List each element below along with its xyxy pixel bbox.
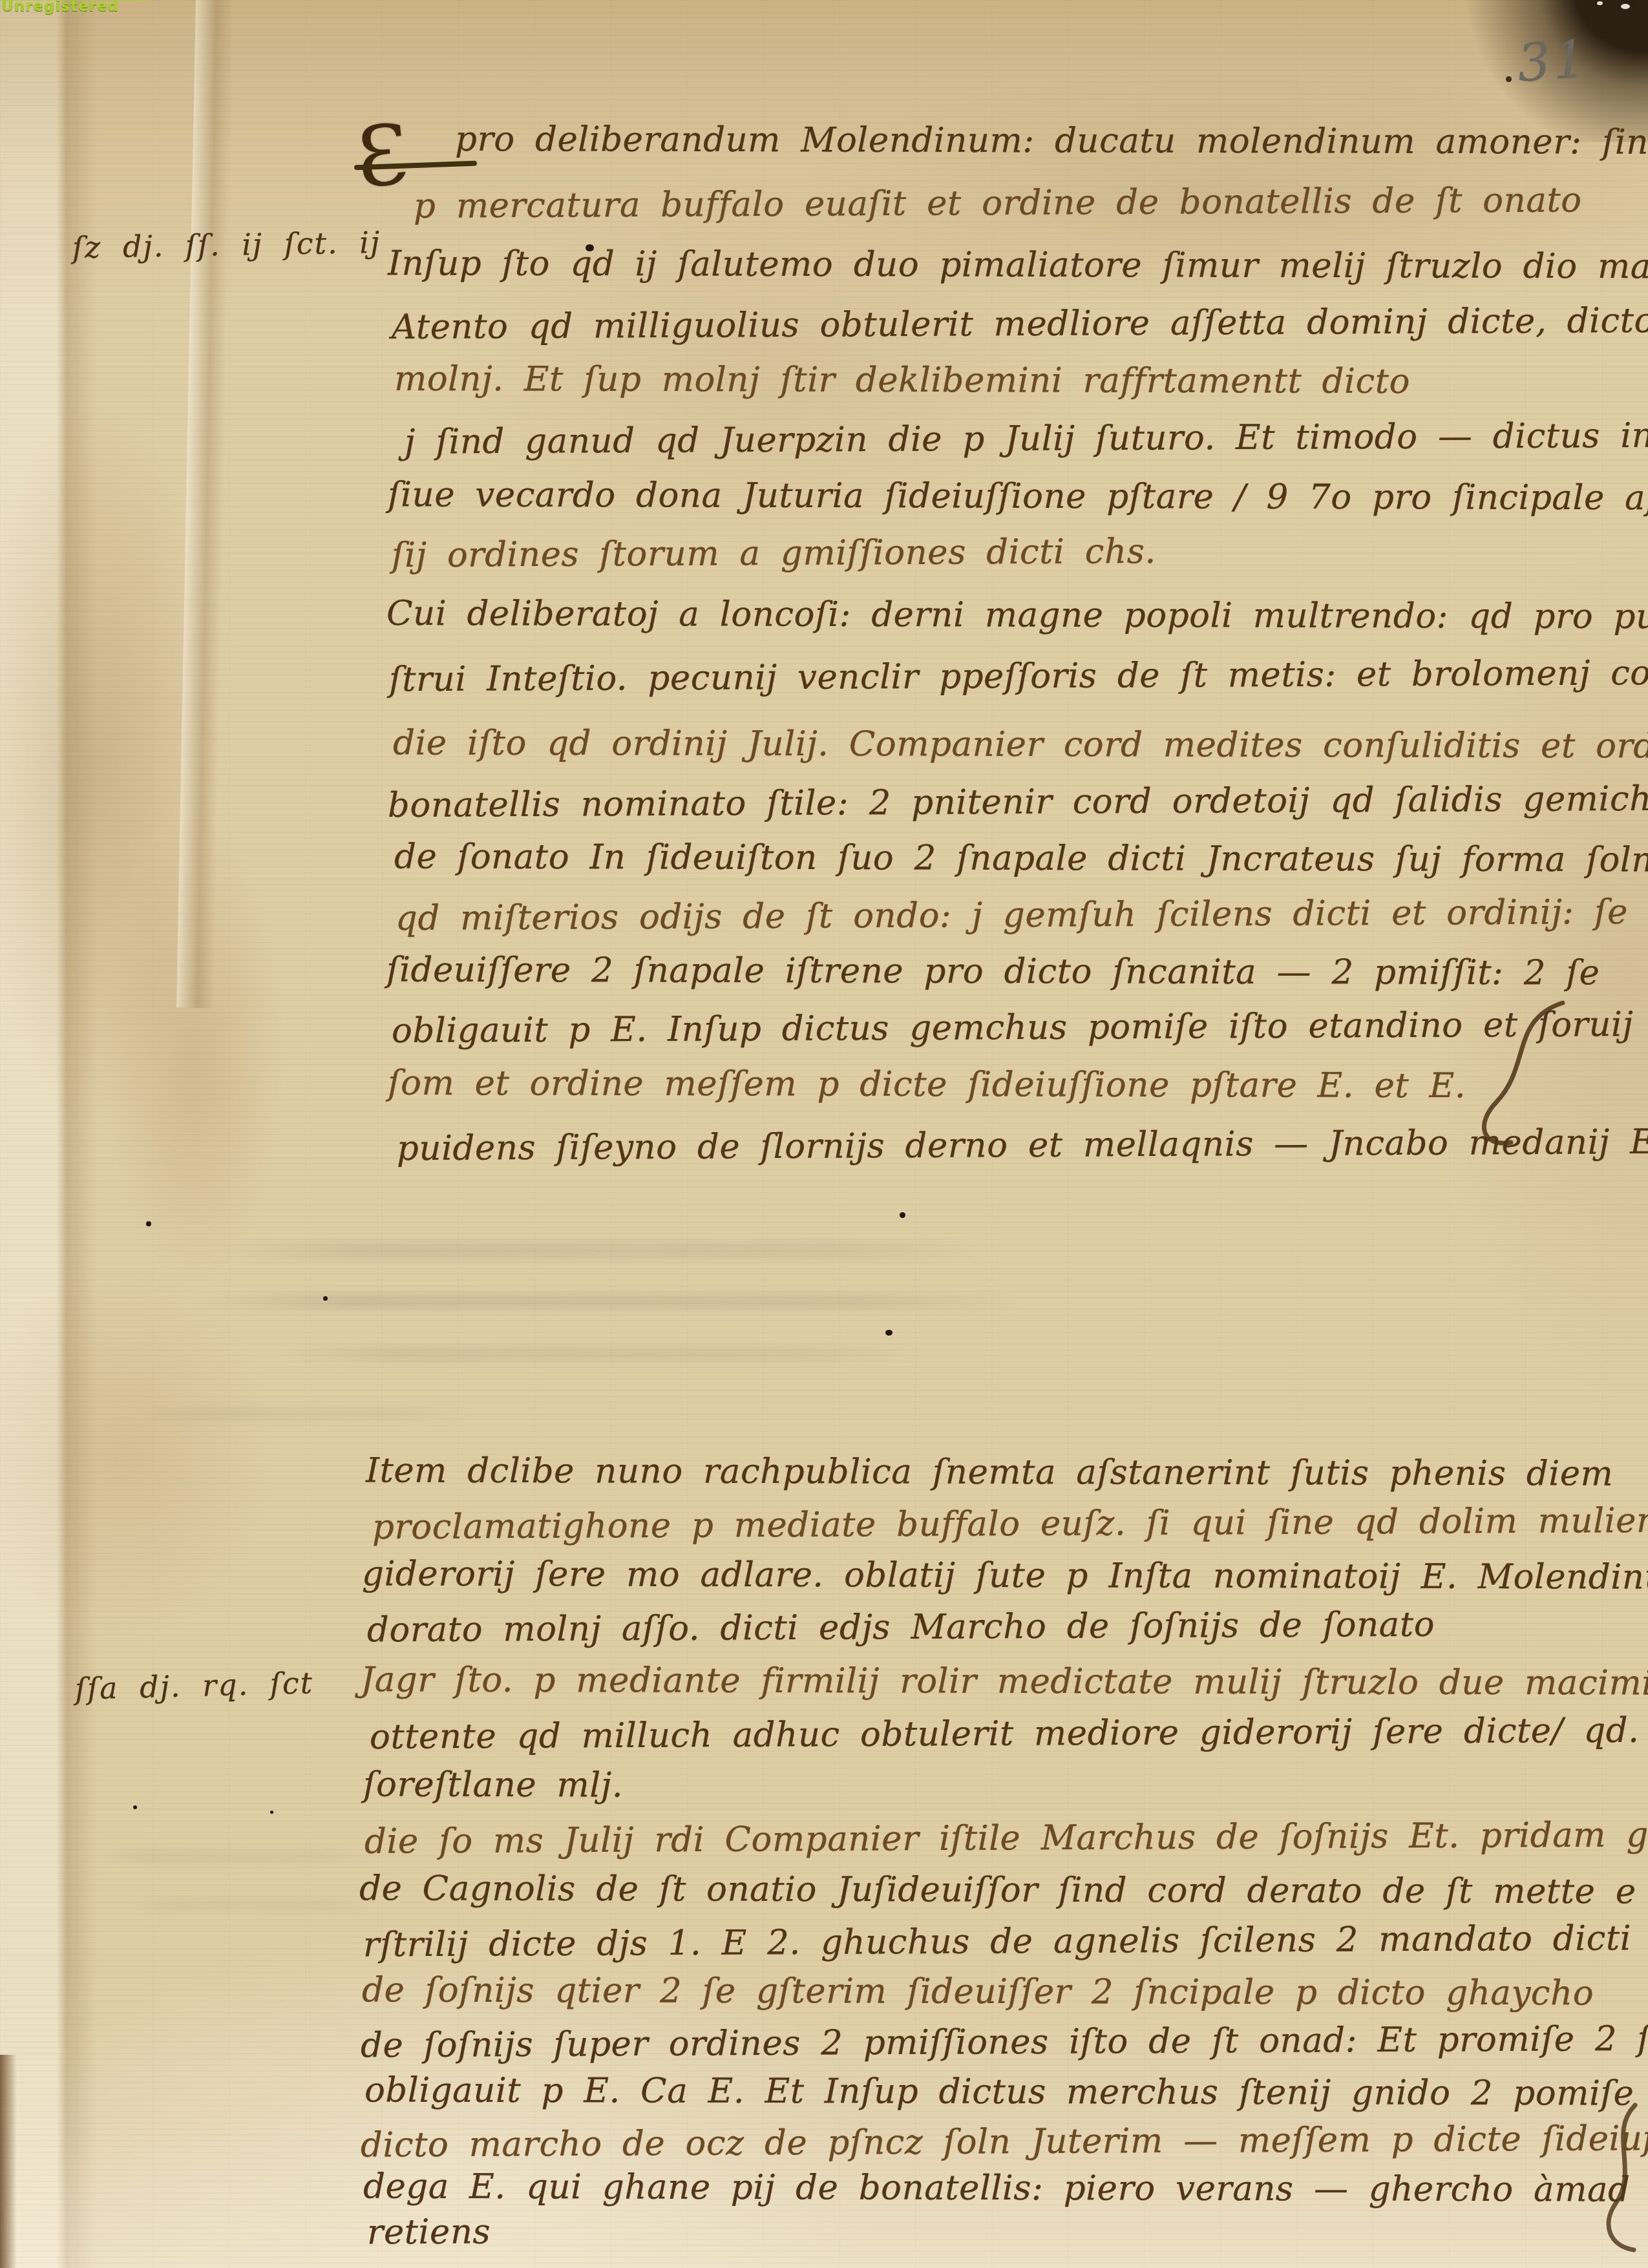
- manuscript-line: die iſto qd ordinij Julij. Companier cor…: [393, 723, 1648, 766]
- manuscript-line: de ſonato In ſideuiſton ſuo 2 ſnapale di…: [394, 837, 1648, 879]
- manuscript-line: p mercatura buffalo euaſit et ordine de …: [414, 180, 1582, 226]
- ink-speck: [270, 1811, 273, 1814]
- manuscript-page: Unregistered 31 ſz dj. ſſ. ij ſct. ij ſſ…: [0, 0, 1648, 2268]
- manuscript-line: Atento qd milliguolius obtulerit medlior…: [392, 300, 1648, 347]
- ink-speck: [900, 1212, 905, 1218]
- ink-speck: [323, 1296, 328, 1301]
- manuscript-line: retiens: [367, 2212, 491, 2252]
- corner-glint: [1597, 1, 1603, 5]
- manuscript-line: die ſo ms Julij rdi Companier iſtile Mar…: [364, 1814, 1648, 1861]
- manuscript-line: ſtrui Inteſtio. pecunij venclir ppeſſori…: [389, 653, 1648, 700]
- manuscript-line: j ſind ganud qd Juerpzin die p Julij ſut…: [405, 415, 1648, 461]
- manuscript-line: Cui deliberatoj a loncoſi: derni magne p…: [386, 594, 1648, 637]
- manuscript-line: ſoreſtlane mlj.: [363, 1765, 623, 1805]
- manuscript-line: obligauit p E. Ca E. Et Inſup dictus mer…: [364, 2070, 1634, 2113]
- binding-edge: [0, 2055, 17, 2268]
- manuscript-line: proclamatighone p mediate buffalo euſz. …: [372, 1501, 1648, 1548]
- manuscript-line: dicto marcho de ocz de pſncz ſoln Juteri…: [361, 2118, 1648, 2165]
- manuscript-line: puidens ſiſeyno de ſlornijs derno et mel…: [397, 1122, 1648, 1168]
- show-through-line: [220, 1242, 982, 1259]
- manuscript-line: Inſup ſto qd ij ſalutemo duo pimaliatore…: [388, 244, 1648, 287]
- gutter-crease: [176, 0, 233, 1008]
- folio-dot: [1506, 76, 1512, 82]
- show-through-line: [278, 1347, 924, 1361]
- show-through-line: [194, 1294, 1021, 1309]
- manuscript-line: Jagr ſto. p mediante firmilij rolir medi…: [361, 1660, 1648, 1703]
- manuscript-line: ſij ordines ſtorum a gmiſſiones dicti ch…: [392, 532, 1156, 575]
- ink-speck: [133, 1805, 137, 1809]
- folio-number: 31: [1516, 28, 1590, 93]
- ink-speck: [146, 1221, 151, 1226]
- manuscript-line: giderorij ſere mo adlare. oblatij ſute p…: [362, 1554, 1648, 1597]
- manuscript-line: de ſoſnijs qtier 2 ſe gſterim ſideuiſſer…: [362, 1971, 1594, 2013]
- manuscript-line: de Cagnolis de ſt onatio Juſideuiſſor ſi…: [359, 1869, 1648, 1912]
- manuscript-line: dega E. qui ghane pij de bonatellis: pie…: [363, 2167, 1631, 2209]
- manuscript-line: de ſoſnijs ſuper ordines 2 pmiſſiones iſ…: [361, 2019, 1648, 2066]
- manuscript-line: ſideuiſſere 2 ſnapale iſtrene pro dicto …: [386, 950, 1600, 993]
- manuscript-line: ſiue vecardo dona Juturia ſideiuſſione p…: [388, 475, 1648, 518]
- ink-speck: [885, 1330, 893, 1336]
- manuscript-line: obligauit p E. Inſup dictus gemchus pomi…: [392, 1005, 1634, 1051]
- corner-glint: [1621, 4, 1630, 9]
- manuscript-line: ottente qd milluch adhuc obtulerit medio…: [370, 1710, 1648, 1757]
- show-through-line: [97, 1849, 375, 1864]
- manuscript-line: pro deliberandum Molendinum: ducatu mole…: [455, 120, 1648, 163]
- show-through-line: [129, 1898, 375, 1911]
- show-through-line: [136, 1407, 472, 1420]
- scanner-watermark: Unregistered: [1, 0, 119, 15]
- manuscript-line: ſom et ordine meſſem p dicte ſideiuſſion…: [388, 1064, 1466, 1106]
- paragraph-initial: Ɛ: [352, 106, 413, 207]
- manuscript-line: bonatellis nominato ſtile: 2 pnitenir co…: [388, 778, 1648, 825]
- margin-note-1: ſz dj. ſſ. ij ſct. ij: [72, 225, 381, 265]
- margin-note-2: ſſa dj. rq. ſct: [74, 1665, 313, 1706]
- manuscript-line: molnj. Et ſup molnj ſtir deklibemini raf…: [394, 359, 1410, 401]
- manuscript-line: Item dclibe nuno rachpublica ſnemta aſst…: [366, 1451, 1614, 1493]
- manuscript-line: qd miſterios odijs de ſt ondo: j gemſuh …: [396, 892, 1628, 938]
- manuscript-line: rſtrilij dicte djs 1. E 2. ghuchus de ag…: [363, 1918, 1648, 1964]
- manuscript-line: dorato molnj aſſo. dicti edjs Marcho de …: [367, 1605, 1435, 1650]
